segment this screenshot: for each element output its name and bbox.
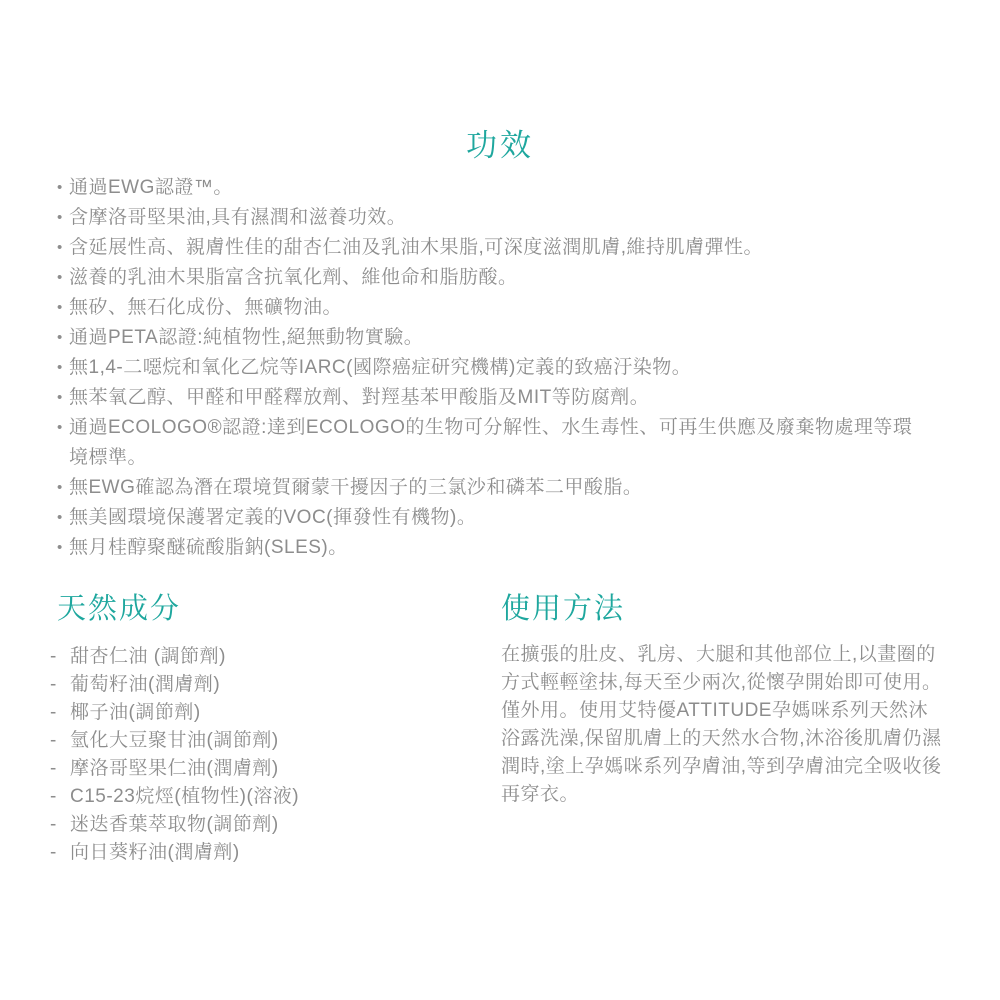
- efficacy-list: 通過EWG認證™。 含摩洛哥堅果油,具有濕潤和滋養功效。 含延展性高、親膚性佳的…: [57, 173, 919, 563]
- efficacy-bullet: 無美國環境保護署定義的VOC(揮發性有機物)。: [57, 503, 919, 533]
- usage-heading: 使用方法: [501, 586, 625, 627]
- efficacy-bullet: 含摩洛哥堅果油,具有濕潤和滋養功效。: [57, 203, 919, 233]
- ingredient-item: 摩洛哥堅果仁油(潤膚劑): [50, 755, 470, 783]
- ingredient-item: 椰子油(調節劑): [50, 699, 470, 727]
- efficacy-bullet: 無苯氧乙醇、甲醛和甲醛釋放劑、對羥基苯甲酸脂及MIT等防腐劑。: [57, 383, 919, 413]
- product-description-page: 功效 通過EWG認證™。 含摩洛哥堅果油,具有濕潤和滋養功效。 含延展性高、親膚…: [0, 0, 1000, 1000]
- efficacy-bullet: 滋養的乳油木果脂富含抗氧化劑、維他命和脂肪酸。: [57, 263, 919, 293]
- ingredient-item: 葡萄籽油(潤膚劑): [50, 671, 470, 699]
- efficacy-bullet: 無1,4-二噁烷和氧化乙烷等IARC(國際癌症研究機構)定義的致癌汙染物。: [57, 353, 919, 383]
- efficacy-bullet: 無月桂醇聚醚硫酸脂鈉(SLES)。: [57, 533, 919, 563]
- ingredient-item: 向日葵籽油(潤膚劑): [50, 839, 470, 867]
- usage-paragraph: 在擴張的肚皮、乳房、大腿和其他部位上,以畫圈的方式輕輕塗抹,每天至少兩次,從懷孕…: [501, 641, 944, 809]
- efficacy-bullet: 通過EWG認證™。: [57, 173, 919, 203]
- ingredients-list: 甜杏仁油 (調節劑) 葡萄籽油(潤膚劑) 椰子油(調節劑) 氫化大豆聚甘油(調節…: [50, 643, 470, 867]
- efficacy-bullet: 無矽、無石化成份、無礦物油。: [57, 293, 919, 323]
- ingredient-item: 甜杏仁油 (調節劑): [50, 643, 470, 671]
- ingredient-item: 迷迭香葉萃取物(調節劑): [50, 811, 470, 839]
- ingredient-item: 氫化大豆聚甘油(調節劑): [50, 727, 470, 755]
- efficacy-bullet: 含延展性高、親膚性佳的甜杏仁油及乳油木果脂,可深度滋潤肌膚,維持肌膚彈性。: [57, 233, 919, 263]
- efficacy-bullet: 無EWG確認為潛在環境賀爾蒙干擾因子的三氯沙和磷苯二甲酸脂。: [57, 473, 919, 503]
- efficacy-bullet: 通過ECOLOGO®認證:達到ECOLOGO的生物可分解性、水生毒性、可再生供應…: [57, 413, 919, 473]
- ingredient-item: C15-23烷烴(植物性)(溶液): [50, 783, 470, 811]
- ingredients-heading: 天然成分: [57, 586, 181, 627]
- efficacy-heading: 功效: [0, 120, 1000, 165]
- efficacy-bullet: 通過PETA認證:純植物性,絕無動物實驗。: [57, 323, 919, 353]
